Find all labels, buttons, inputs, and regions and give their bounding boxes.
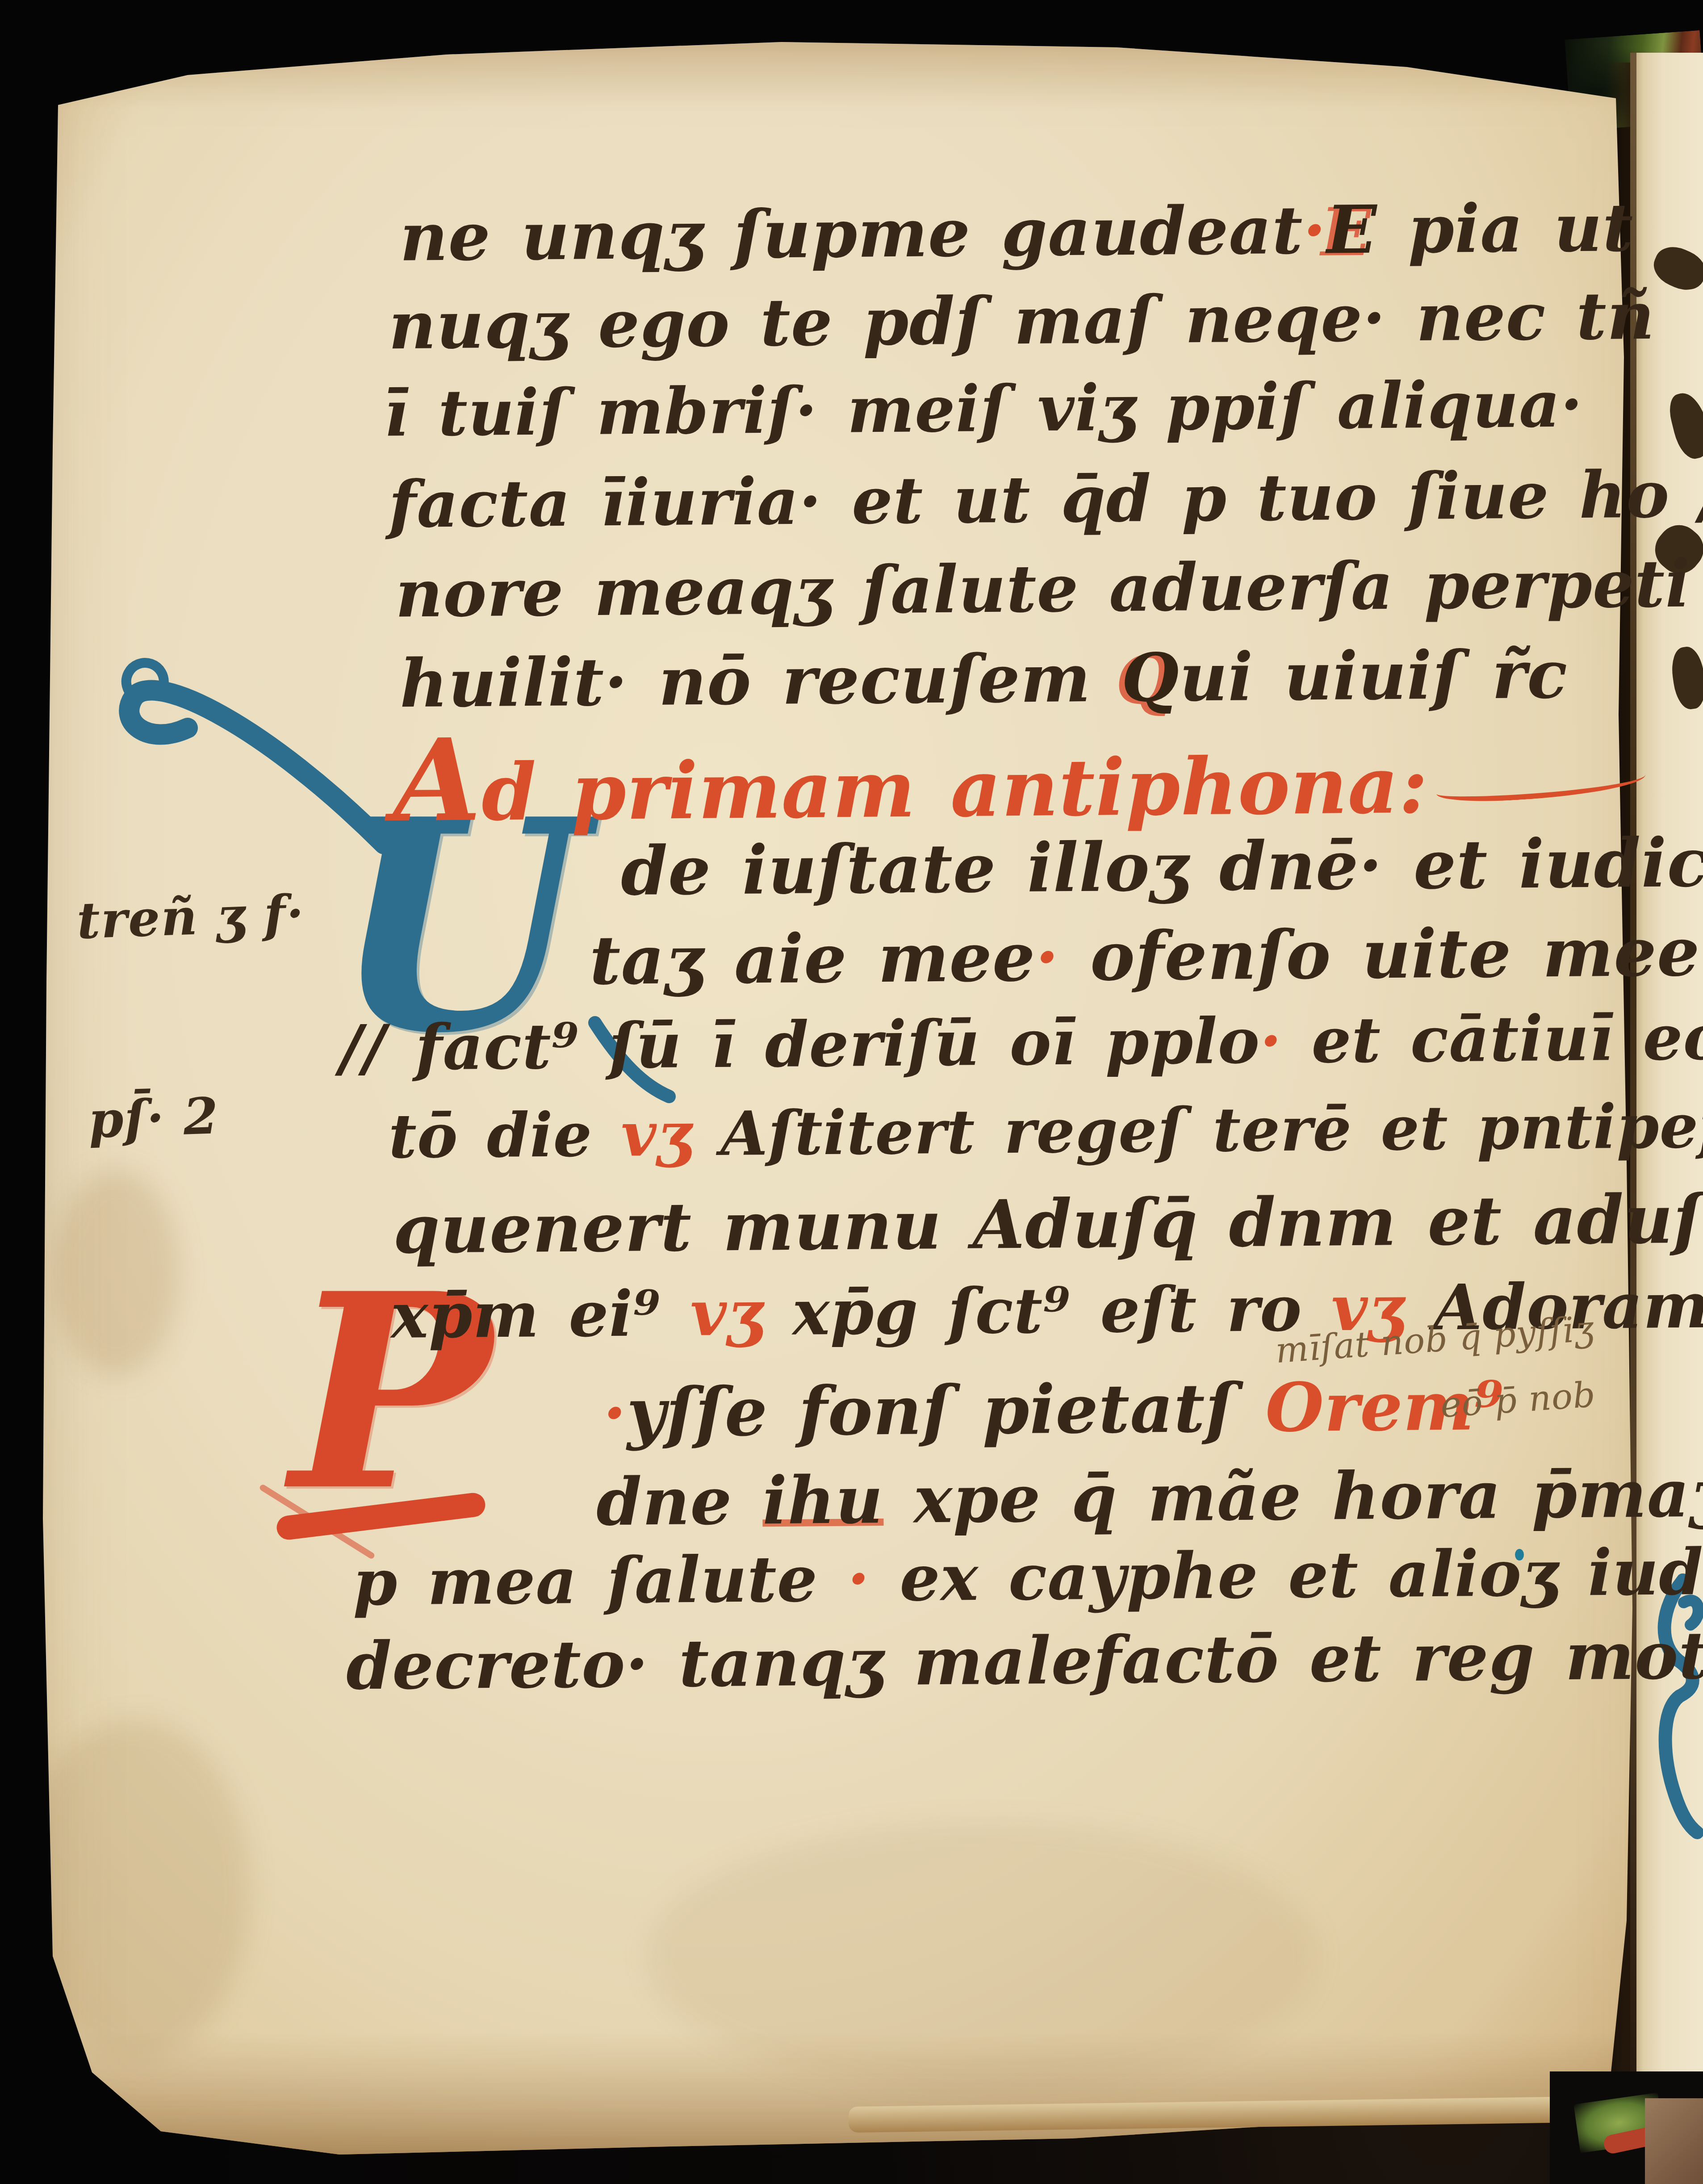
ink-segment: Q: [1121, 639, 1180, 717]
rubricated-segment: ·: [1259, 1004, 1282, 1078]
ink-segment: taʒ aie mee: [589, 918, 1036, 1000]
text-line: de iuſtate illoʒ dnē· et iudica: [620, 823, 1703, 911]
ink-segment: nore meaqʒ ſalute aduerſa perpeti: [395, 546, 1690, 632]
text-line: ·yſſe fonſ pietatſ Orem⁹: [603, 1367, 1504, 1452]
ink-segment: decreto· tanqʒ malefactō et reg mot⁹·: [346, 1617, 1703, 1705]
rubricated-segment: ·: [1303, 191, 1327, 269]
text-line: facta īiuria· et ut q̄d p tuo ſiue ho //: [388, 456, 1703, 542]
rubricated-segment: ihu: [762, 1462, 883, 1539]
rubricated-segment: d primam antiphona:: [481, 740, 1428, 839]
rubricated-segment: vʒ: [621, 1098, 692, 1170]
ink-segment: E: [1326, 191, 1377, 269]
margin-note-lamentations: treñ ʒ f·: [76, 884, 305, 950]
ink-segment: quenert munu Aduſq̄ dnm et aduſq̄: [393, 1180, 1703, 1269]
ink-segment: de iuſtate illoʒ dnē· et iudica: [620, 823, 1703, 911]
endband-bottom-icon: [1550, 2071, 1703, 2184]
rubricated-segment: vʒ: [690, 1276, 763, 1350]
text-line: tō die vʒ Aſtitert regeſ terē et pntipeſ: [388, 1090, 1703, 1172]
text-line: nuqʒ ego te pdſ maſ neqe· nec tñ: [388, 278, 1655, 364]
ink-segment: dne: [596, 1463, 762, 1540]
glyph-fragment: [1648, 240, 1703, 297]
rubricated-segment: A: [393, 713, 482, 847]
rubricated-segment: ·: [847, 1542, 870, 1616]
ink-segment: pia ut: [1377, 188, 1634, 268]
rubricated-segment: ·: [1035, 918, 1060, 996]
margin-note-psalm: pſ̄· 2: [88, 1087, 220, 1150]
parchment-stain: [648, 1822, 1318, 2090]
ink-segment: tō die: [388, 1099, 621, 1172]
text-line: nore meaqʒ ſalute aduerſa perpeti: [395, 546, 1690, 632]
ink-segment: facta īiuria· et ut q̄d p tuo ſiue ho: [388, 456, 1700, 542]
text-line: quenert munu Aduſq̄ dnm et aduſq̄: [393, 1180, 1703, 1269]
ink-segment: ui uiuiſ r̃c: [1179, 636, 1568, 716]
ink-segment: xpe q̄ mãe hora p̄maʒ·: [883, 1455, 1703, 1538]
ink-segment: p mea ſalute: [352, 1542, 848, 1620]
text-line: decreto· tanqʒ malefactō et reg mot⁹·: [346, 1617, 1703, 1705]
ink-segment: ne unqʒ ſupme gaudeat: [399, 191, 1303, 276]
parchment-stain: [54, 1170, 179, 1376]
text-line: dne ihu xpe q̄ mãe hora p̄maʒ·: [596, 1455, 1703, 1540]
parchment-stain: [18, 1720, 250, 2059]
ink-segment: Aſtitert regeſ terē et pntipeſ: [691, 1090, 1703, 1170]
ink-segment: et cātiuī eoʒ: [1282, 1001, 1703, 1078]
ink-segment: xp̄m ei⁹: [390, 1277, 690, 1353]
ink-segment: // fact⁹ ſū ī deriſū oī pplo: [339, 1004, 1260, 1085]
text-line: ne unqʒ ſupme gaudeat·E pia ut: [399, 188, 1634, 276]
ink-segment: ofenſo uite mee·: [1059, 912, 1703, 996]
rubricated-segment: ·: [603, 1374, 627, 1452]
text-line: // fact⁹ ſū ī deriſū oī pplo· et cātiuī …: [339, 1001, 1703, 1085]
ink-segment: nuqʒ ego te pdſ maſ neqe· nec tñ: [388, 278, 1655, 364]
text-line: p mea ſalute · ex cayphe et alioʒ iudeoʒ: [352, 1534, 1703, 1620]
text-line: ī tuiſ mbriſ· meiſ viʒ ppiſ aliqua·: [384, 367, 1583, 451]
book-photograph: U P ne unqʒ ſupme gaudeat·E pia utnuqʒ e…: [0, 0, 1703, 2184]
ink-segment: ī tuiſ mbriſ· meiſ viʒ ppiſ aliqua·: [384, 367, 1583, 451]
glyph-fragment: [1669, 645, 1703, 711]
text-line: taʒ aie mee· ofenſo uite mee·: [589, 912, 1703, 1000]
binding-leather: [1645, 2098, 1703, 2184]
glyph-fragment: [1665, 389, 1703, 462]
ink-segment: yſſe fonſ pietatſ: [627, 1368, 1266, 1452]
ink-segment: [1435, 764, 1647, 805]
ink-segment: ex cayphe et alioʒ iudeoʒ: [870, 1534, 1703, 1616]
ink-segment: //: [1699, 456, 1703, 532]
ink-segment: xp̄g ſct⁹ eſt ro: [763, 1272, 1332, 1350]
blue-ink-speck: [1515, 1549, 1524, 1561]
